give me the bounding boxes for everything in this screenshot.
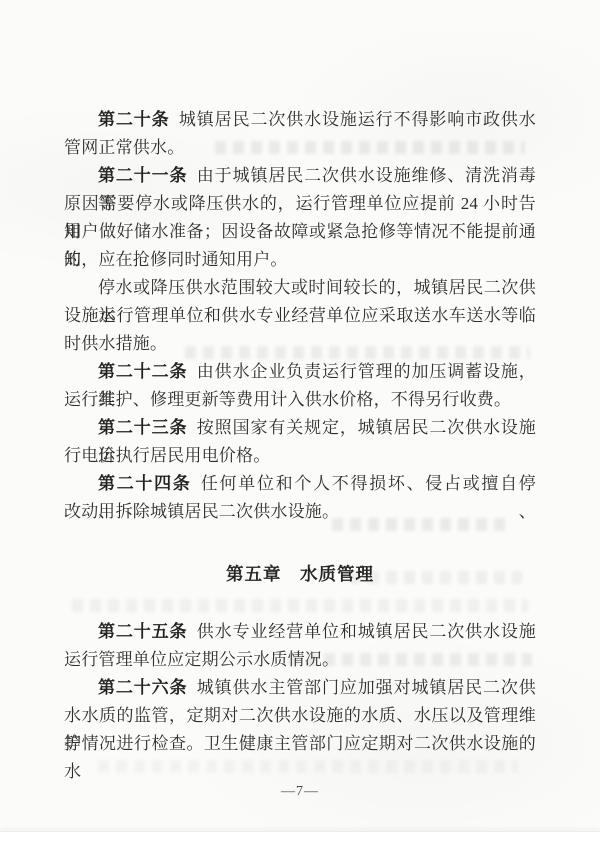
line-text: 供水专业经营单位和城镇居民二次供水设施 <box>197 622 536 641</box>
line-text: 的，应在抢修同时通知用户。 <box>64 250 288 269</box>
paragraph-line: 停水或降压供水范围较大或时间较长的，城镇居民二次供水 <box>64 274 536 302</box>
paragraph-line: 水水质的监管，定期对二次供水设施的水质、水压以及管理维护 <box>64 702 536 730</box>
page-number: —7— <box>0 784 600 800</box>
paragraph-line: 第二十二条由供水企业负责运行管理的加压调蓄设施，其 <box>64 358 536 386</box>
line-text: 设施运行管理单位和供水专业经营单位应采取送水车送水等临 <box>64 306 536 325</box>
paragraph-line: 原因需要停水或降压供水的，运行管理单位应提前 24 小时告知 <box>64 190 536 218</box>
article-number: 第二十三条 <box>98 418 187 437</box>
paragraph-line: 运行维护、修理更新等费用计入供水价格，不得另行收费。 <box>64 386 536 414</box>
line-text: 时供水措施。 <box>64 334 167 353</box>
paragraph-line: 第二十条城镇居民二次供水设施运行不得影响市政供水 <box>64 106 536 134</box>
line-text: 管网正常供水。 <box>64 138 184 157</box>
article-number: 第二十二条 <box>98 362 187 381</box>
line-text: 行电价执行居民用电价格。 <box>64 446 270 465</box>
chapter-heading: 第五章 水质管理 <box>64 560 536 588</box>
article-number: 第二十六条 <box>98 678 187 697</box>
line-text: 运行管理单位应定期公示水质情况。 <box>64 650 339 669</box>
article-number: 第二十五条 <box>98 622 187 641</box>
line-text: 城镇供水主管部门应加强对城镇居民二次供 <box>197 678 536 697</box>
scanned-document-page: 第二十条城镇居民二次供水设施运行不得影响市政供水 管网正常供水。 第二十一条由于… <box>0 0 600 848</box>
line-text: 运行维护、修理更新等费用计入供水价格，不得另行收费。 <box>64 390 511 409</box>
article-number: 第二十一条 <box>98 166 187 185</box>
line-text: 城镇居民二次供水设施运行不得影响市政供水 <box>179 110 536 129</box>
bleed-through-text <box>98 760 518 773</box>
paragraph-line: 第二十四条任何单位和个人不得损坏、侵占或擅自停用、 <box>64 470 536 498</box>
paragraph-line: 第二十一条由于城镇居民二次供水设施维修、清洗消毒等 <box>64 162 536 190</box>
scanner-edge <box>0 831 600 848</box>
paragraph-line: 等情况进行检查。卫生健康主管部门应定期对二次供水设施的水 <box>64 730 536 758</box>
paragraph-line: 运行管理单位应定期公示水质情况。 <box>64 646 536 674</box>
paragraph-line: 第二十五条供水专业经营单位和城镇居民二次供水设施 <box>64 618 536 646</box>
paragraph-line: 行电价执行居民用电价格。 <box>64 442 536 470</box>
line-text: 等情况进行检查。卫生健康主管部门应定期对二次供水设施的水 <box>64 734 536 781</box>
paragraph-line: 时供水措施。 <box>64 330 536 358</box>
line-text: 改动、拆除城镇居民二次供水设施。 <box>64 502 339 521</box>
article-number: 第二十条 <box>98 110 170 129</box>
paragraph-line: 设施运行管理单位和供水专业经营单位应采取送水车送水等临 <box>64 302 536 330</box>
paragraph-line: 用户做好储水准备；因设备故障或紧急抢修等情况不能提前通知 <box>64 218 536 246</box>
document-body: 第二十条城镇居民二次供水设施运行不得影响市政供水 管网正常供水。 第二十一条由于… <box>64 106 536 758</box>
paragraph-line: 管网正常供水。 <box>64 134 536 162</box>
paragraph-line: 第二十六条城镇供水主管部门应加强对城镇居民二次供 <box>64 674 536 702</box>
paragraph-line: 第二十三条按照国家有关规定，城镇居民二次供水设施运 <box>64 414 536 442</box>
paragraph-line: 的，应在抢修同时通知用户。 <box>64 246 536 274</box>
article-number: 第二十四条 <box>98 474 192 493</box>
